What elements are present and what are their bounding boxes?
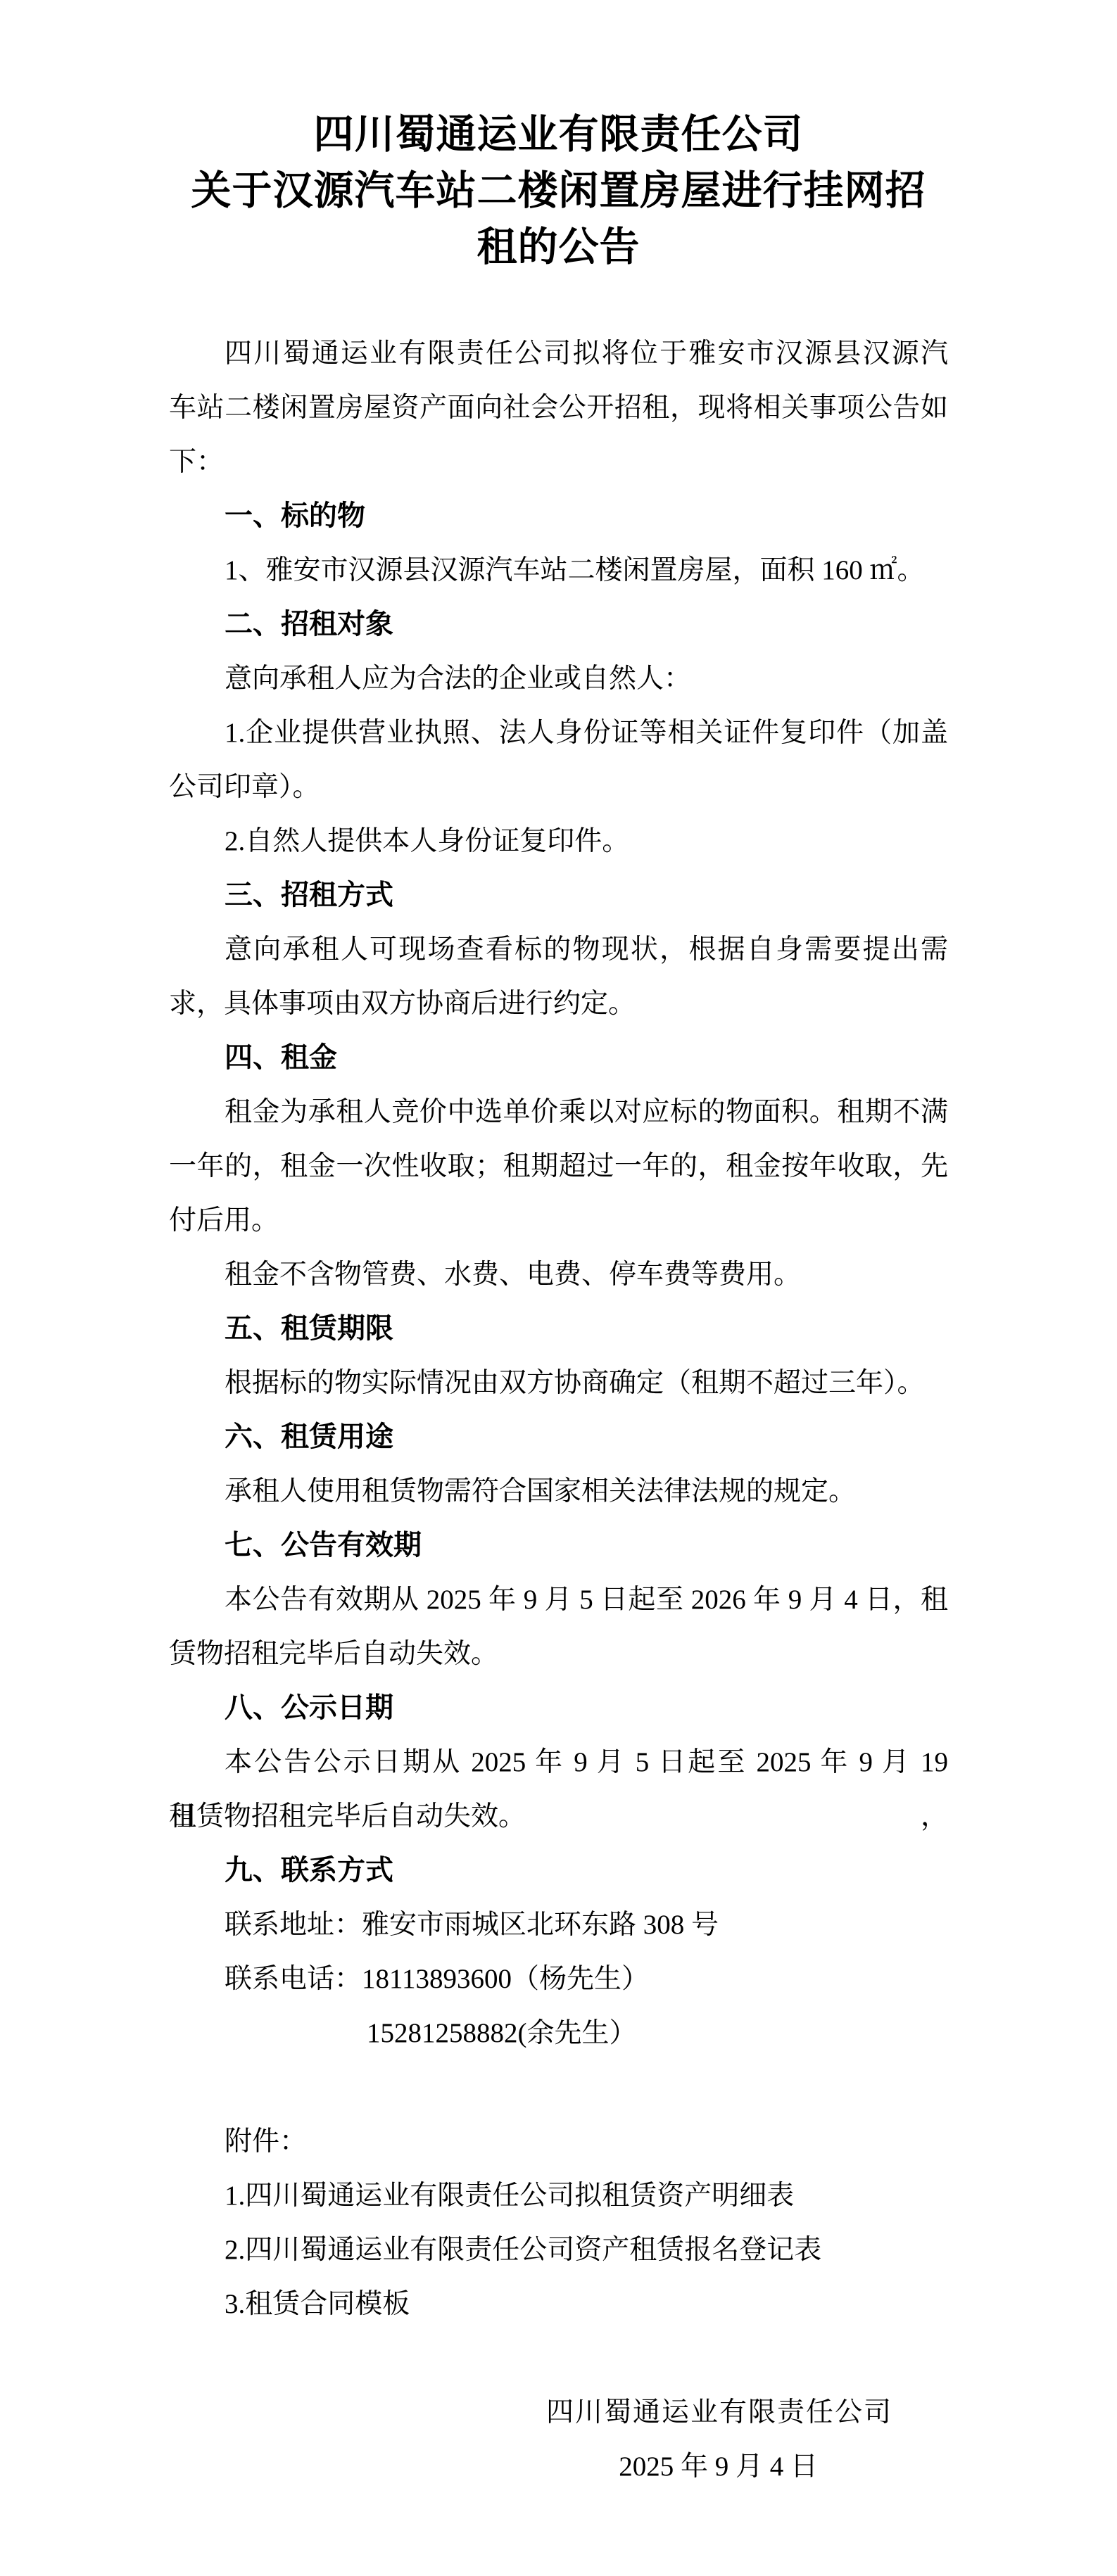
section-heading: 七、公告有效期	[169, 1518, 948, 1573]
text-line: 租金不含物管费、水费、电费、停车费等费用。	[169, 1248, 948, 1302]
text-line: 车站二楼闲置房屋资产面向社会公开招租，现将相关事项公告如	[169, 381, 948, 435]
document-title-line: 关于汉源汽车站二楼闲置房屋进行挂网招	[169, 163, 948, 220]
text-line: 意向承租人可现场查看标的物现状，根据自身需要提出需	[169, 922, 948, 977]
section-heading: 九、联系方式	[169, 1844, 948, 1898]
document-title-line: 四川蜀通运业有限责任公司	[169, 107, 948, 163]
signature-date-line: 2025 年 9 月 4 日	[169, 2439, 948, 2494]
text-line: 附件：	[169, 2114, 948, 2169]
text-line: 本公告有效期从 2025 年 9 月 5 日起至 2026 年 9 月 4 日，…	[169, 1573, 948, 1627]
text-line: 求，具体事项由双方协商后进行约定。	[169, 977, 948, 1031]
text-line: 赁物招租完毕后自动失效。	[169, 1627, 948, 1681]
text-line: 根据标的物实际情况由双方协商确定（租期不超过三年）。	[169, 1356, 948, 1410]
text-line: 1.四川蜀通运业有限责任公司拟租赁资产明细表	[169, 2169, 948, 2223]
text-line: 公司印章）。	[169, 760, 948, 814]
text-line: 3.租赁合同模板	[169, 2277, 948, 2331]
text-line: 租金为承租人竞价中选单价乘以对应标的物面积。租期不满	[169, 1085, 948, 1139]
contact-phone-line-2: 15281258882(余先生）	[169, 2006, 948, 2060]
section-heading: 一、标的物	[169, 489, 948, 543]
blank-line	[169, 2060, 948, 2114]
section-heading: 六、租赁用途	[169, 1410, 948, 1464]
announcement-document-page: 四川蜀通运业有限责任公司关于汉源汽车站二楼闲置房屋进行挂网招租的公告 四川蜀通运…	[0, 0, 1117, 2576]
text-line: 下：	[169, 435, 948, 489]
text-line: 意向承租人应为合法的企业或自然人：	[169, 652, 948, 706]
section-heading: 八、公示日期	[169, 1681, 948, 1735]
signature-company-line: 四川蜀通运业有限责任公司	[169, 2385, 948, 2439]
section-heading: 二、招租对象	[169, 597, 948, 652]
document-title: 四川蜀通运业有限责任公司关于汉源汽车站二楼闲置房屋进行挂网招租的公告	[169, 0, 948, 276]
text-line: 联系地址：雅安市雨城区北环东路 308 号	[169, 1898, 948, 1952]
blank-line	[169, 2331, 948, 2385]
text-line: 本公告公示日期从 2025 年 9 月 5 日起至 2025 年 9 月 19 …	[169, 1735, 948, 1789]
text-line: 联系电话：18113893600（杨先生）	[169, 1952, 948, 2006]
document-body: 四川蜀通运业有限责任公司拟将位于雅安市汉源县汉源汽车站二楼闲置房屋资产面向社会公…	[169, 326, 948, 2494]
text-line: 2.自然人提供本人身份证复印件。	[169, 814, 948, 868]
text-line: 一年的，租金一次性收取；租期超过一年的，租金按年收取，先	[169, 1139, 948, 1193]
text-line: 2.四川蜀通运业有限责任公司资产租赁报名登记表	[169, 2223, 948, 2277]
text-line: 1.企业提供营业执照、法人身份证等相关证件复印件（加盖	[169, 706, 948, 760]
text-line: 承租人使用租赁物需符合国家相关法律法规的规定。	[169, 1464, 948, 1518]
text-line: 四川蜀通运业有限责任公司拟将位于雅安市汉源县汉源汽	[169, 326, 948, 381]
section-heading: 四、租金	[169, 1031, 948, 1085]
text-line: 1、雅安市汉源县汉源汽车站二楼闲置房屋，面积 160 ㎡。	[169, 543, 948, 597]
text-line: 付后用。	[169, 1193, 948, 1248]
section-heading: 五、租赁期限	[169, 1302, 948, 1356]
document-title-line: 租的公告	[169, 220, 948, 276]
section-heading: 三、招租方式	[169, 868, 948, 922]
